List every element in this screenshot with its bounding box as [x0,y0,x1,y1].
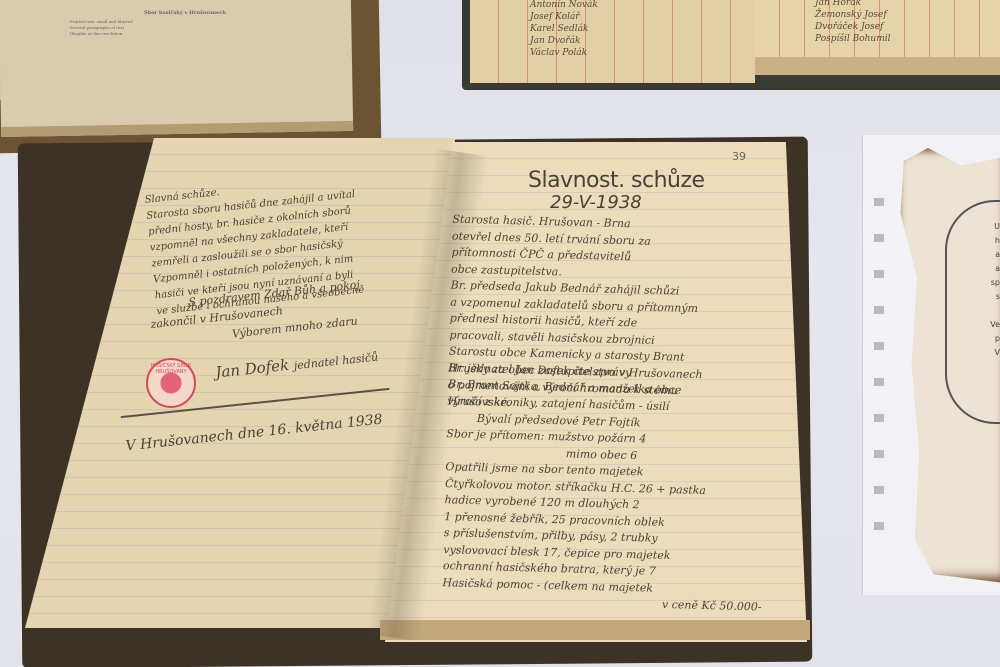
stamp-text: HASIČSKÝ SBOR HRUŠOVANY [148,360,194,375]
printed-book-heading: Sbor hasičský v Hrušovanech [70,10,300,16]
punch-holes [874,170,884,550]
burnt-paper-text: U h a a sp s Ve p V [960,220,1000,360]
red-seal-stamp: HASIČSKÝ SBOR HRUŠOVANY [146,358,196,408]
page-title: Slavnost. schůze [528,168,705,193]
ledger-page-edge [755,57,1000,75]
text-fragment: a [960,262,1000,276]
text-fragment: V [960,346,1000,360]
ledger-entry: Dvořáček Josef [815,21,1000,33]
ledger-entry: Josef Kolář [530,11,755,23]
text-fragment: Ve [960,318,1000,332]
ledger-entry: Antonín Novák [530,0,755,11]
ledger-right-page: Jan Horák Žemonský Josef Dvořáček Josef … [755,0,1000,57]
text-fragment: p [960,332,1000,346]
ledger-entry: Karel Sedlák [530,23,755,35]
page-number: 39 [732,150,746,163]
ledger-entry: Jan Dvořák [530,35,755,47]
text-fragment: s [960,290,1000,304]
ledger-left-page: Antonín Novák Josef Kolář Karel Sedlák J… [470,0,755,83]
text-fragment: a [960,248,1000,262]
right-page-text-block-2: Br. jednatel Jan Dofek čte zprávy o pojm… [442,360,818,617]
text-fragment: sp [960,276,1000,290]
ledger-entry: Žemonský Josef [815,9,1000,21]
text-fragment: h [960,234,1000,248]
text-fragment: U [960,220,1000,234]
ledger-entry: Pospíšil Bohumil [815,33,1000,45]
ledger-entry: Václav Polák [530,47,755,59]
page-date: 29-V-1938 [550,192,642,213]
ledger-entry: Jan Horák [815,0,1000,9]
notebook-page-edge [380,620,810,640]
printed-book-text: Sbor hasičský v Hrušovanech Printed text… [70,10,300,37]
printed-line: Illegible at this resolution [70,31,300,37]
